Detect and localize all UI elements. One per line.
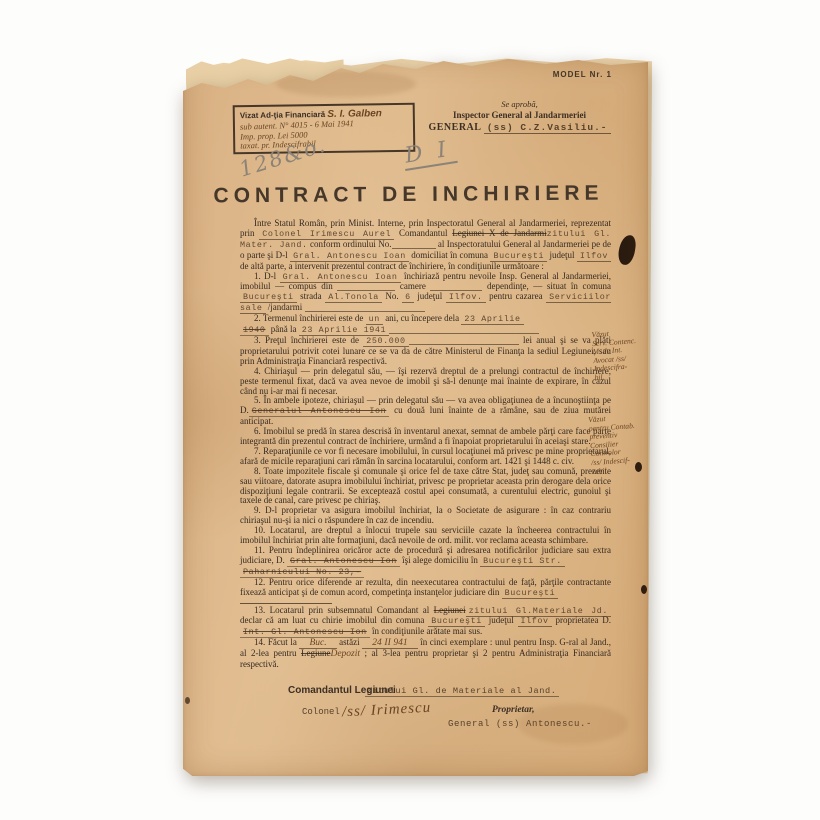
- text-segment: domiciliat în comuna: [409, 250, 491, 260]
- blank-line: [430, 282, 482, 291]
- text-segment: Depozit: [330, 649, 360, 659]
- model-number-label: MODEL Nr. 1: [547, 68, 618, 81]
- text-segment: Al.Tonola: [325, 292, 382, 303]
- text-segment: Bucureşti Str.: [480, 556, 565, 567]
- text-segment: Legiunei: [434, 605, 466, 615]
- contract-paragraph: Între Statul Român, prin Minist. Interne…: [240, 219, 611, 272]
- text-segment: pentru cazarea: [486, 291, 547, 301]
- blank-line: [305, 303, 425, 312]
- text-segment: camere: [395, 281, 430, 291]
- margin-note-1: Văzut Serv. Contenc. M. de Int. Avocat /…: [591, 327, 654, 383]
- text-segment: declar că am luat cu chirie imobilul din…: [240, 615, 428, 625]
- contract-paragraph: 4. Chiriaşul — prin delegatul său, — îşi…: [240, 367, 611, 397]
- text-segment: ani, cu începere dela: [383, 313, 461, 323]
- text-segment: Legiune: [301, 648, 331, 658]
- text-segment: proprietatea D.: [552, 615, 611, 625]
- contract-paragraph: 12. Pentru orice diferende ar rezulta, d…: [240, 578, 611, 599]
- text-segment: strada: [297, 291, 326, 301]
- text-segment: 9. D-l proprietar va asigura imobilul în…: [240, 505, 611, 525]
- text-segment: Ilfov: [577, 251, 611, 262]
- owner-signature: General (ss) Antonescu.-: [448, 719, 592, 729]
- text-segment: 2. Termenul închirierei este de: [254, 313, 366, 323]
- text-segment: dependinţe, — situat în comuna: [482, 281, 611, 291]
- contract-sheet: MODEL Nr. 1 Se aprobă, Inspector General…: [183, 57, 648, 776]
- text-segment: 10. Locatarul, are dreptul a înlocui tru…: [240, 525, 611, 545]
- approval-inspector-line: Inspector General al Jandarmeriei: [407, 110, 632, 120]
- commander-title-typed: zitului Gl. de Materiale al Jand.: [365, 686, 559, 697]
- text-segment: No.: [382, 291, 402, 301]
- contract-paragraph: 7. Reparaţiunile ce vor fi necesare imob…: [240, 447, 611, 467]
- text-segment: Gral. Antonescu Ion: [287, 556, 400, 567]
- text-segment: 1. D-l: [254, 271, 280, 281]
- commander-rank: Colonel: [302, 707, 340, 717]
- text-segment: 14. Făcut la: [254, 637, 299, 647]
- ink-spot-small-3: [185, 697, 190, 704]
- text-segment: Ilfov: [518, 616, 552, 627]
- signature-area: Comandantul Legiunei zitului Gl. de Mate…: [240, 685, 618, 765]
- text-segment: Ilfov.: [446, 292, 486, 303]
- contract-paragraph: 13. Locatarul prin subsemnatul Comandant…: [240, 606, 611, 639]
- separator-rule: [240, 603, 332, 604]
- text-segment: judeţul: [414, 291, 446, 301]
- text-segment: 6: [402, 292, 414, 303]
- contract-paragraph: 6. Imobilul se predă în starea descrisă …: [240, 427, 611, 447]
- approval-rank: GENERAL: [428, 122, 480, 133]
- text-segment: până la: [269, 324, 299, 334]
- text-segment: îşi alege domiciliu în: [400, 555, 480, 565]
- contract-paragraph: 9. D-l proprietar va asigura imobilul în…: [240, 506, 611, 526]
- text-segment: 23 Aprilie: [461, 314, 523, 325]
- text-segment: un: [366, 314, 383, 325]
- contract-paragraph: 2. Termenul închirierei este de un ani, …: [240, 314, 611, 336]
- blank-line: [337, 282, 395, 291]
- text-segment: judeţul: [547, 250, 577, 260]
- commander-signature-line: Colonel /ss/ Irimescu: [302, 702, 431, 719]
- text-segment: Bucureşti: [502, 588, 559, 599]
- text-segment: 6. Imobilul se predă în starea descrisă …: [240, 426, 611, 446]
- contract-paragraph: 11. Pentru îndeplinirea oricăror acte de…: [240, 546, 611, 578]
- approval-block: Se aprobă, Inspector General al Jandarme…: [407, 99, 632, 133]
- text-segment: Comandantul: [394, 228, 452, 238]
- text-segment: /jandarmi: [266, 302, 305, 312]
- owner-label: Proprietar,: [492, 705, 535, 715]
- commander-title: Comandantul Legiunei zitului Gl. de Mate…: [288, 685, 559, 696]
- text-segment: 4. Chiriaşul — prin delegatul său, — îşi…: [240, 366, 611, 396]
- text-segment: Legiunei X de Jandarmi: [452, 228, 546, 238]
- contract-paragraph: 14. Făcut la Buc. astăzi 24 II 941 în ci…: [240, 638, 611, 670]
- text-segment: 7. Reparaţiunile ce vor fi necesare imob…: [240, 446, 611, 466]
- photo-background: MODEL Nr. 1 Se aprobă, Inspector General…: [0, 0, 820, 820]
- ink-blot-right-edge: [617, 234, 637, 266]
- text-segment: 13. Locatarul prin subsemnatul Comandant…: [254, 605, 434, 615]
- text-segment: 8. Toate impozitele fiscale şi comunale …: [240, 466, 611, 506]
- ink-spot-small-2: [641, 585, 647, 594]
- blank-line: [409, 336, 519, 345]
- ink-spot-small-1: [635, 462, 642, 472]
- contract-paragraph: 10. Locatarul, are dreptul a înlocui tru…: [240, 526, 611, 546]
- margin-note-2: Văzut pentru Contab. preventiv Consilier…: [588, 412, 652, 476]
- contract-paragraph: 1. D-l Gral. Antonescu Ioan închiriază p…: [240, 272, 611, 315]
- blank-line: [392, 240, 436, 249]
- approval-general-line: GENERAL (ss) C.Z.Vasiliu.-: [407, 122, 632, 133]
- text-segment: 3. Preţul închirierei este de: [254, 335, 363, 345]
- document-title: CONTRACT DE INCHIRIERE: [183, 181, 634, 208]
- contract-sheet-wrap: MODEL Nr. 1 Se aprobă, Inspector General…: [183, 57, 648, 776]
- text-segment: în condiţiunile arătate mai sus.: [370, 626, 482, 636]
- blank-line: [389, 325, 539, 334]
- commander-handwritten-signature: /ss/ Irimescu: [342, 700, 432, 722]
- contract-body: Între Statul Român, prin Minist. Interne…: [240, 219, 611, 670]
- approval-se-aproba: Se aprobă,: [407, 99, 632, 109]
- text-segment: judeţul: [485, 615, 518, 625]
- contract-paragraph: 3. Preţul închirierei este de 250.000 le…: [240, 336, 611, 367]
- contract-paragraph: 8. Toate impozitele fiscale şi comunale …: [240, 467, 611, 507]
- age-stain: [276, 71, 416, 97]
- approval-signature: (ss) C.Z.Vasiliu.-: [484, 122, 611, 134]
- text-segment: conform ordinului No.: [308, 239, 392, 249]
- text-segment: astăzi: [337, 637, 363, 647]
- contract-paragraph: 5. În ambele ipoteze, chiriaşul — prin d…: [240, 396, 611, 427]
- text-segment: de altă parte, a intervenit prezentul co…: [240, 261, 544, 271]
